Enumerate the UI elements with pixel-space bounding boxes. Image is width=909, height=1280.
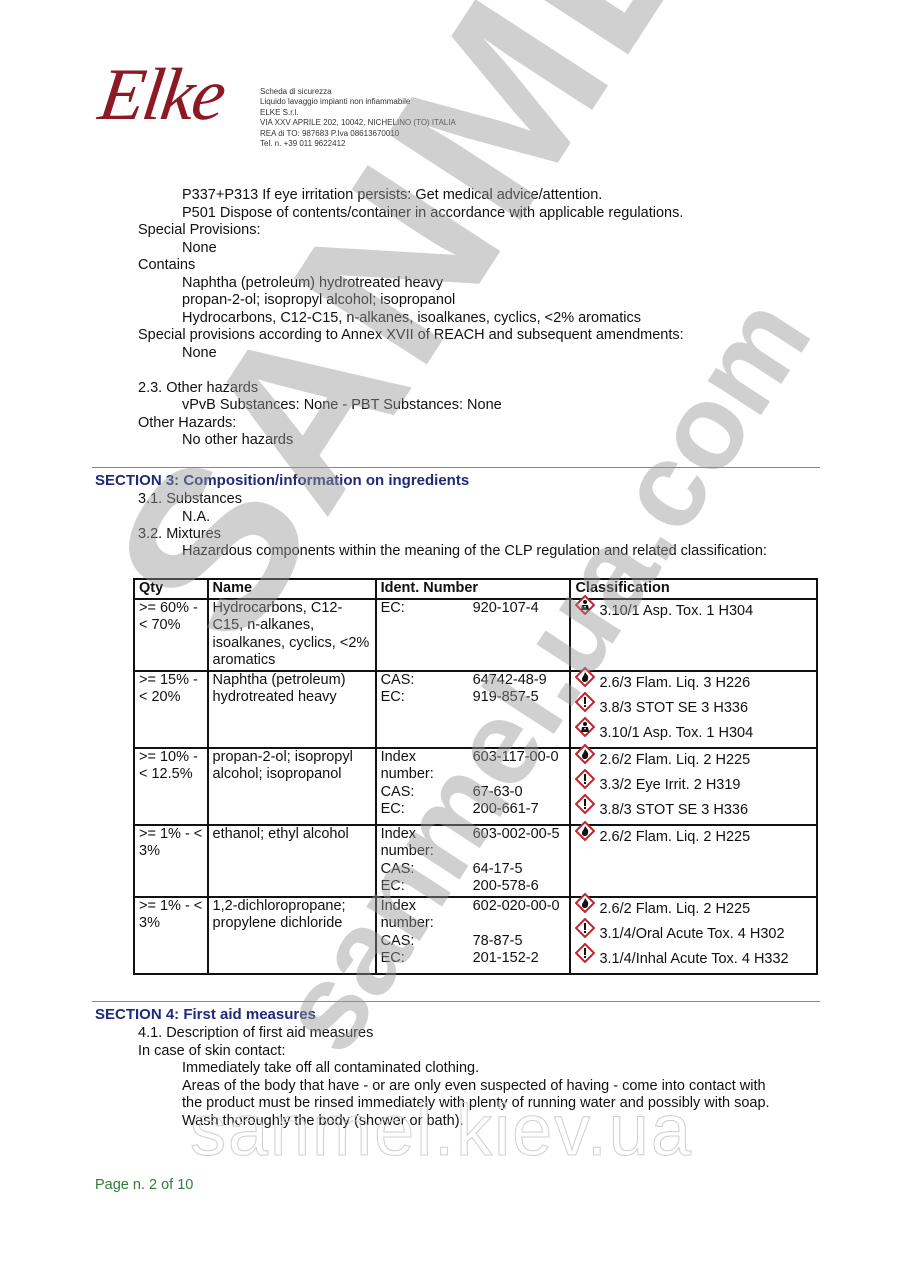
ident-value: 602-020-00-0: [473, 898, 560, 933]
ident-entry: CAS:78-87-5: [381, 933, 566, 951]
reach-label: Special provisions according to Annex XV…: [138, 327, 684, 345]
ident-value: 78-87-5: [473, 933, 523, 951]
classification-entry: 3.8/3 STOT SE 3 H336: [575, 799, 812, 824]
cell-ident: Index number:602-020-00-0CAS:78-87-5EC:2…: [376, 897, 571, 974]
ident-label: EC:: [381, 801, 473, 819]
classification-entry: 2.6/2 Flam. Liq. 2 H225: [575, 749, 812, 774]
ident-label: EC:: [381, 878, 473, 896]
cell-classification: 3.10/1 Asp. Tox. 1 H304: [570, 599, 817, 671]
classification-text: 2.6/2 Flam. Liq. 2 H225: [599, 829, 750, 847]
classification-text: 3.3/2 Eye Irrit. 2 H319: [599, 777, 740, 795]
ident-value: 603-002-00-5: [473, 826, 560, 861]
cell-name: Naphtha (petroleum) hydrotreated heavy: [208, 671, 376, 748]
ident-value: 200-661-7: [473, 801, 539, 819]
classification-entry: 3.8/3 STOT SE 3 H336: [575, 697, 812, 722]
header-line: Tel. n. +39 011 9622412: [260, 139, 456, 149]
skin-contact-line: the product must be rinsed immediately w…: [182, 1095, 770, 1113]
col-header-ident: Ident. Number: [376, 579, 571, 599]
table-row: >= 15% - < 20%Naphtha (petroleum) hydrot…: [134, 671, 817, 748]
mixtures-heading: 3.2. Mixtures: [138, 526, 221, 544]
special-provisions-value: None: [182, 240, 217, 258]
cell-ident: Index number:603-002-00-5CAS:64-17-5EC:2…: [376, 825, 571, 897]
classification-entry: 2.6/3 Flam. Liq. 3 H226: [575, 672, 812, 697]
classification-text: 3.1/4/Inhal Acute Tox. 4 H332: [599, 951, 788, 969]
classification-text: 3.1/4/Oral Acute Tox. 4 H302: [599, 926, 784, 944]
classification-text: 3.8/3 STOT SE 3 H336: [599, 700, 748, 718]
contains-item: Naphtha (petroleum) hydrotreated heavy: [182, 275, 443, 293]
classification-text: 3.10/1 Asp. Tox. 1 H304: [599, 725, 753, 743]
mixtures-intro: Hazardous components within the meaning …: [182, 543, 767, 561]
table-row: >= 1% - < 3%1,2-dichloropropane; propyle…: [134, 897, 817, 974]
skin-contact-line: Wash thoroughly the body (shower or bath…: [182, 1113, 464, 1131]
table-row: >= 10% - < 12.5%propan-2-ol; isopropyl a…: [134, 748, 817, 825]
precaution-p501: P501 Dispose of contents/container in ac…: [182, 205, 683, 223]
ident-entry: Index number:602-020-00-0: [381, 898, 566, 933]
other-hazards-label: Other Hazards:: [138, 415, 236, 433]
classification-entry: 3.10/1 Asp. Tox. 1 H304: [575, 722, 812, 747]
ident-entry: Index number:603-117-00-0: [381, 749, 566, 784]
ident-value: 920-107-4: [473, 600, 539, 618]
sds-page: Elke Scheda di sicurezza Liquido lavaggi…: [0, 0, 909, 1280]
ident-label: Index number:: [381, 826, 473, 861]
ident-entry: EC:919-857-5: [381, 689, 566, 707]
other-hazards-value: No other hazards: [182, 432, 293, 450]
cell-classification: 2.6/2 Flam. Liq. 2 H2253.1/4/Oral Acute …: [570, 897, 817, 974]
substances-heading: 3.1. Substances: [138, 491, 242, 509]
classification-text: 2.6/3 Flam. Liq. 3 H226: [599, 675, 750, 693]
vpvb-text: vPvB Substances: None - PBT Substances: …: [182, 397, 502, 415]
ident-entry: CAS:67-63-0: [381, 784, 566, 802]
elke-logo: Elke: [95, 58, 229, 132]
composition-table: Qty Name Ident. Number Classification >=…: [133, 578, 818, 975]
company-info: Scheda di sicurezza Liquido lavaggio imp…: [260, 87, 456, 149]
ident-entry: Index number:603-002-00-5: [381, 826, 566, 861]
table-row: >= 1% - < 3%ethanol; ethyl alcoholIndex …: [134, 825, 817, 897]
cell-name: ethanol; ethyl alcohol: [208, 825, 376, 897]
cell-ident: Index number:603-117-00-0CAS:67-63-0EC:2…: [376, 748, 571, 825]
other-hazards-heading: 2.3. Other hazards: [138, 380, 258, 398]
ident-label: EC:: [381, 600, 473, 618]
section-divider: [92, 1001, 820, 1002]
ident-label: EC:: [381, 689, 473, 707]
cell-classification: 2.6/2 Flam. Liq. 2 H225: [570, 825, 817, 897]
header-line: Scheda di sicurezza: [260, 87, 456, 97]
col-header-classification: Classification: [570, 579, 817, 599]
cell-qty: >= 10% - < 12.5%: [134, 748, 208, 825]
cell-classification: 2.6/3 Flam. Liq. 3 H2263.8/3 STOT SE 3 H…: [570, 671, 817, 748]
exclamation-icon: [575, 798, 599, 824]
health-hazard-icon: [575, 599, 599, 625]
header-line: ELKE S.r.l.: [260, 108, 456, 118]
ident-value: 64742-48-9: [473, 672, 547, 690]
ident-label: CAS:: [381, 784, 473, 802]
cell-name: propan-2-ol; isopropyl alcohol; isopropa…: [208, 748, 376, 825]
skin-contact-label: In case of skin contact:: [138, 1043, 286, 1061]
table-row: >= 60% - < 70%Hydrocarbons, C12-C15, n-a…: [134, 599, 817, 671]
health-hazard-icon: [575, 721, 599, 747]
first-aid-heading: 4.1. Description of first aid measures: [138, 1025, 373, 1043]
page-number: Page n. 2 of 10: [95, 1177, 193, 1193]
classification-text: 2.6/2 Flam. Liq. 2 H225: [599, 752, 750, 770]
section-divider: [92, 467, 820, 468]
precaution-p337: P337+P313 If eye irritation persists: Ge…: [182, 187, 602, 205]
cell-qty: >= 1% - < 3%: [134, 825, 208, 897]
reach-value: None: [182, 345, 217, 363]
header-line: REA di TO: 987683 P.Iva 08613670010: [260, 129, 456, 139]
substances-value: N.A.: [182, 509, 210, 527]
ident-label: CAS:: [381, 861, 473, 879]
section4-title: SECTION 4: First aid measures: [95, 1006, 316, 1023]
ident-value: 919-857-5: [473, 689, 539, 707]
ident-label: Index number:: [381, 898, 473, 933]
classification-entry: 3.3/2 Eye Irrit. 2 H319: [575, 774, 812, 799]
ident-entry: EC:201-152-2: [381, 950, 566, 968]
col-header-qty: Qty: [134, 579, 208, 599]
contains-item: propan-2-ol; isopropyl alcohol; isopropa…: [182, 292, 455, 310]
cell-qty: >= 1% - < 3%: [134, 897, 208, 974]
section3-title: SECTION 3: Composition/information on in…: [95, 472, 469, 489]
contains-item: Hydrocarbons, C12-C15, n-alkanes, isoalk…: [182, 310, 641, 328]
classification-entry: 3.10/1 Asp. Tox. 1 H304: [575, 600, 812, 625]
cell-name: 1,2-dichloropropane; propylene dichlorid…: [208, 897, 376, 974]
ident-entry: CAS:64742-48-9: [381, 672, 566, 690]
classification-text: 3.10/1 Asp. Tox. 1 H304: [599, 603, 753, 621]
skin-contact-line: Areas of the body that have - or are onl…: [182, 1078, 766, 1096]
ident-label: CAS:: [381, 672, 473, 690]
exclamation-icon: [575, 947, 599, 973]
ident-value: 201-152-2: [473, 950, 539, 968]
skin-contact-line: Immediately take off all contaminated cl…: [182, 1060, 479, 1078]
cell-classification: 2.6/2 Flam. Liq. 2 H2253.3/2 Eye Irrit. …: [570, 748, 817, 825]
ident-entry: EC:200-661-7: [381, 801, 566, 819]
col-header-name: Name: [208, 579, 376, 599]
ident-label: EC:: [381, 950, 473, 968]
flame-icon: [575, 825, 599, 851]
cell-qty: >= 15% - < 20%: [134, 671, 208, 748]
ident-label: CAS:: [381, 933, 473, 951]
classification-text: 3.8/3 STOT SE 3 H336: [599, 802, 748, 820]
classification-entry: 3.1/4/Oral Acute Tox. 4 H302: [575, 923, 812, 948]
classification-entry: 2.6/2 Flam. Liq. 2 H225: [575, 826, 812, 851]
ident-value: 603-117-00-0: [473, 749, 559, 784]
cell-qty: >= 60% - < 70%: [134, 599, 208, 671]
header-line: Liquido lavaggio impianti non infiammabi…: [260, 97, 456, 107]
classification-entry: 2.6/2 Flam. Liq. 2 H225: [575, 898, 812, 923]
ident-entry: CAS:64-17-5: [381, 861, 566, 879]
ident-label: Index number:: [381, 749, 473, 784]
ident-entry: EC:200-578-6: [381, 878, 566, 896]
special-provisions-label: Special Provisions:: [138, 222, 261, 240]
ident-value: 64-17-5: [473, 861, 523, 879]
cell-name: Hydrocarbons, C12-C15, n-alkanes, isoalk…: [208, 599, 376, 671]
ident-value: 67-63-0: [473, 784, 523, 802]
table-header-row: Qty Name Ident. Number Classification: [134, 579, 817, 599]
cell-ident: CAS:64742-48-9EC:919-857-5: [376, 671, 571, 748]
classification-entry: 3.1/4/Inhal Acute Tox. 4 H332: [575, 948, 812, 973]
ident-value: 200-578-6: [473, 878, 539, 896]
ident-entry: EC:920-107-4: [381, 600, 566, 618]
header-line: VIA XXV APRILE 202, 10042, NICHELINO (TO…: [260, 118, 456, 128]
cell-ident: EC:920-107-4: [376, 599, 571, 671]
classification-text: 2.6/2 Flam. Liq. 2 H225: [599, 901, 750, 919]
contains-label: Contains: [138, 257, 195, 275]
